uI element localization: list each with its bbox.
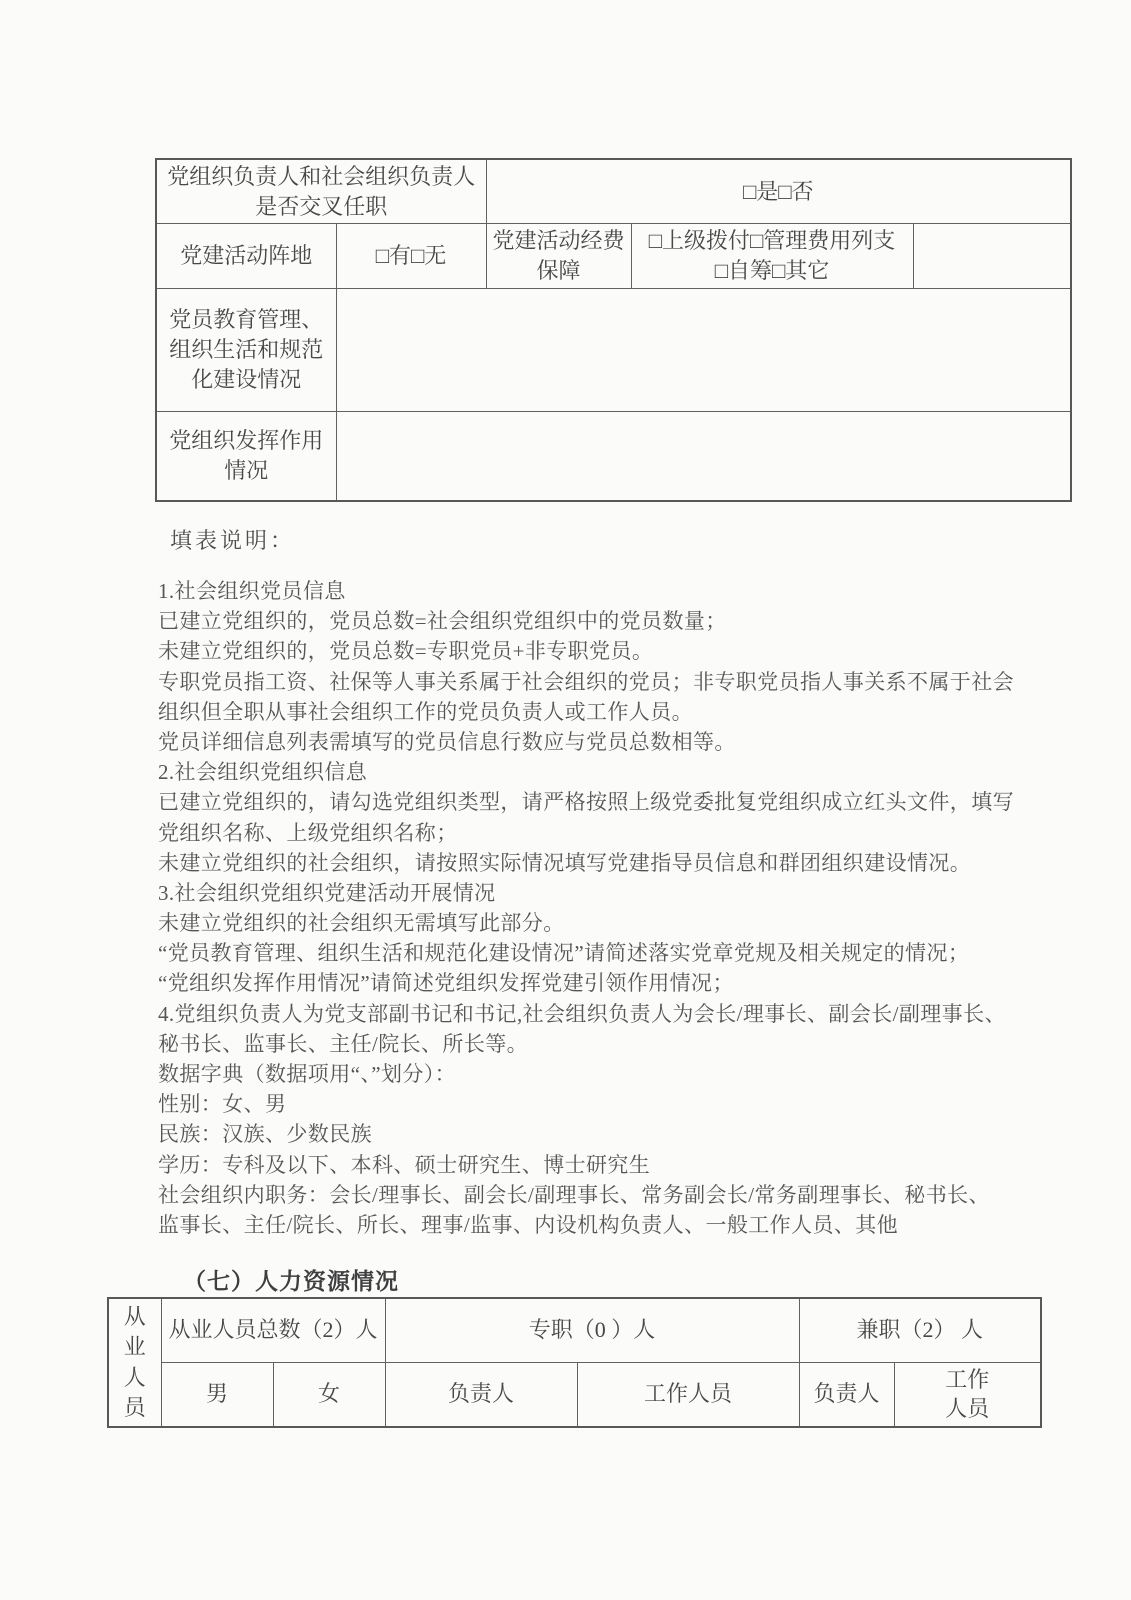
note-line: 数据字典（数据项用“、”划分）： xyxy=(158,1059,1088,1089)
note-line: 2.社会组织党组织信息 xyxy=(158,757,1088,787)
note-line: “党组织发挥作用情况”请简述党组织发挥党建引领作用情况； xyxy=(158,968,1088,998)
note-line: 性别：女、男 xyxy=(158,1089,1088,1119)
note-line: 专职党员指工资、社保等人事关系属于社会组织的党员；非专职党员指人事关系不属于社会 xyxy=(158,667,1088,697)
hr-fulltime-label: 专职（0 ）人 xyxy=(385,1298,799,1362)
hr-total-label: 从业人员总数（2）人 xyxy=(161,1298,385,1362)
hr-fulltime-head-col: 负责人 xyxy=(385,1362,577,1427)
education-label: 党员教育管理、 组织生活和规范 化建设情况 xyxy=(156,288,336,411)
note-line: 3.社会组织党组织党建活动开展情况 xyxy=(158,878,1088,908)
hr-fulltime-staff-col: 工作人员 xyxy=(577,1362,799,1427)
hr-parttime-head-col: 负责人 xyxy=(799,1362,894,1427)
note-line: 已建立党组织的，请勾选党组织类型，请严格按照上级党委批复党组织成立红头文件，填写 xyxy=(158,787,1088,817)
funding-extra-cell[interactable] xyxy=(913,224,1071,288)
activity-base-label: 党建活动阵地 xyxy=(156,224,336,288)
note-line: “党员教育管理、组织生活和规范化建设情况”请简述落实党章党规及相关规定的情况； xyxy=(158,938,1088,968)
note-line: 秘书长、监事长、主任/院长、所长等。 xyxy=(158,1029,1088,1059)
note-line: 未建立党组织的社会组织，请按照实际情况填写党建指导员信息和群团组织建设情况。 xyxy=(158,848,1088,878)
role-input-cell[interactable] xyxy=(336,411,1071,501)
cross-post-checkboxes[interactable]: □是□否 xyxy=(486,159,1071,224)
party-building-table: 党组织负责人和社会组织负责人 是否交叉任职 □是□否 党建活动阵地 □有□无 党… xyxy=(155,158,1072,502)
note-line: 未建立党组织的社会组织无需填写此部分。 xyxy=(158,908,1088,938)
note-line: 党员详细信息列表需填写的党员信息行数应与党员总数相等。 xyxy=(158,727,1088,757)
hr-col-female: 女 xyxy=(273,1362,385,1427)
note-line: 未建立党组织的，党员总数=专职党员+非专职党员。 xyxy=(158,636,1088,666)
note-line: 组织但全职从事社会组织工作的党员负责人或工作人员。 xyxy=(158,697,1088,727)
note-line: 党组织名称、上级党组织名称； xyxy=(158,818,1088,848)
hr-col-male: 男 xyxy=(161,1362,273,1427)
note-line: 民族：汉族、少数民族 xyxy=(158,1119,1088,1149)
note-line: 社会组织内职务：会长/理事长、副会长/副理事长、常务副会长/常务副理事长、秘书长… xyxy=(158,1180,1088,1210)
hr-parttime-label: 兼职（2） 人 xyxy=(799,1298,1041,1362)
hr-parttime-staff-col: 工作人员 xyxy=(894,1362,1041,1427)
note-line: 1.社会组织党员信息 xyxy=(158,576,1088,606)
note-line: 学历：专科及以下、本科、硕士研究生、博士研究生 xyxy=(158,1150,1088,1180)
note-line: 4.党组织负责人为党支部副书记和书记,社会组织负责人为会长/理事长、副会长/副理… xyxy=(158,999,1088,1029)
role-label: 党组织发挥作用 情况 xyxy=(156,411,336,501)
notes-lines: 1.社会组织党员信息 已建立党组织的，党员总数=社会组织党组织中的党员数量； 未… xyxy=(158,576,1088,1240)
note-line: 监事长、主任/院长、所长、理事/监事、内设机构负责人、一般工作人员、其他 xyxy=(158,1210,1088,1240)
funding-label: 党建活动经费 保障 xyxy=(486,224,631,288)
cross-post-label: 党组织负责人和社会组织负责人 是否交叉任职 xyxy=(156,159,486,224)
hr-table: 从业人员 从业人员总数（2）人 专职（0 ）人 兼职（2） 人 男 女 负责人 … xyxy=(107,1297,1042,1428)
activity-base-checkboxes[interactable]: □有□无 xyxy=(336,224,486,288)
scanned-form-page: 党组织负责人和社会组织负责人 是否交叉任职 □是□否 党建活动阵地 □有□无 党… xyxy=(0,0,1131,1600)
funding-checkboxes[interactable]: □上级拨付□管理费用列支 □自筹□其它 xyxy=(631,224,913,288)
note-line: 已建立党组织的，党员总数=社会组织党组织中的党员数量； xyxy=(158,606,1088,636)
hr-section-heading: （七）人力资源情况 xyxy=(183,1263,399,1296)
hr-group-label: 从业人员 xyxy=(108,1298,161,1427)
education-input-cell[interactable] xyxy=(336,288,1071,411)
notes-title: 填表说明： xyxy=(170,524,295,555)
